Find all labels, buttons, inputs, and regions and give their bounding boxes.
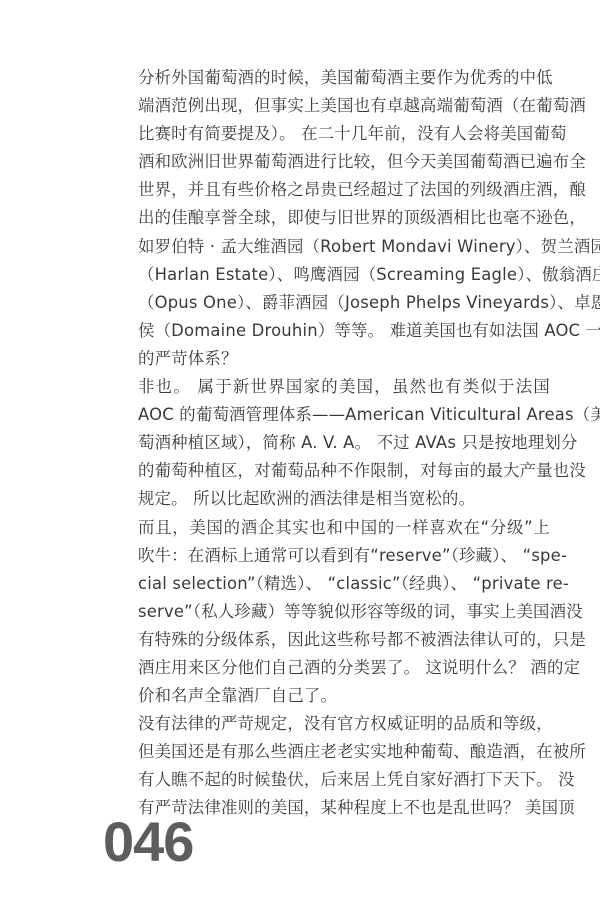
text-line: 出的佳酿享誉全球，即使与旧世界的顶级酒相比也毫不逊色， [105, 204, 550, 232]
text-line: AOC 的葡萄酒管理体系——American Viticultural Area… [105, 401, 550, 429]
text-line: 的葡萄种植区，对葡萄品种不作限制，对每亩的最大产量也没 [105, 457, 550, 485]
paragraph-2: 非也。 属于新世界国家的美国，虽然也有类似于法国 AOC 的葡萄酒管理体系——A… [105, 373, 550, 513]
text-line: 侯（Domaine Drouhin）等等。 难道美国也有如法国 AOC 一样 [105, 317, 550, 345]
text-line: 规定。 所以比起欧洲的酒法律是相当宽松的。 [105, 485, 550, 513]
text-line: cial selection”（精选）、 “classic”（经典）、 “pri… [105, 570, 550, 598]
text-line: 萄酒种植区域），简称 A. V. A。 不过 AVAs 只是按地理划分 [105, 429, 550, 457]
text-line: （Opus One）、爵菲酒园（Joseph Phelps Vineyards）… [105, 289, 550, 317]
text-line: 酒庄用来区分他们自己酒的分类罢了。 这说明什么？ 酒的定 [105, 654, 550, 682]
text-line: 端酒范例出现，但事实上美国也有卓越高端葡萄酒（在葡萄酒 [105, 92, 550, 120]
text-line: 有特殊的分级体系，因此这些称号都不被酒法律认可的，只是 [105, 626, 550, 654]
text-line: 但美国还是有那么些酒庄老老实实地种葡萄、酿造酒，在被所 [105, 738, 550, 766]
text-line: 的严苛体系？ [105, 345, 550, 373]
page-body: 分析外国葡萄酒的时候，美国葡萄酒主要作为优秀的中低 端酒范例出现，但事实上美国也… [105, 64, 550, 823]
text-line: serve”（私人珍藏）等等貌似形容等级的词，事实上美国酒没 [105, 598, 550, 626]
paragraph-3: 而且，美国的酒企其实也和中国的一样喜欢在“分级”上 吹牛：在酒标上通常可以看到有… [105, 514, 550, 711]
paragraph-1: 分析外国葡萄酒的时候，美国葡萄酒主要作为优秀的中低 端酒范例出现，但事实上美国也… [105, 64, 550, 373]
text-line: 吹牛：在酒标上通常可以看到有“reserve”（珍藏）、 “spe- [105, 542, 550, 570]
text-line: 如罗伯特 · 孟大维酒园（Robert Mondavi Winery）、贺兰酒园 [105, 233, 550, 261]
text-line: 世界，并且有些价格之昂贵已经超过了法国的列级酒庄酒，酿 [105, 176, 550, 204]
text-line: 分析外国葡萄酒的时候，美国葡萄酒主要作为优秀的中低 [105, 64, 550, 92]
text-line: 酒和欧洲旧世界葡萄酒进行比较，但今天美国葡萄酒已遍布全 [105, 148, 550, 176]
text-line: （Harlan Estate）、鸣鹰酒园（Screaming Eagle）、傲翁… [105, 261, 550, 289]
text-line: 有人瞧不起的时候蛰伏，后来居上凭自家好酒打下天下。 没 [105, 766, 550, 794]
text-line: 而且，美国的酒企其实也和中国的一样喜欢在“分级”上 [105, 514, 550, 542]
page-number: 046 [103, 812, 193, 872]
paragraph-4: 没有法律的严苛规定，没有官方权威证明的品质和等级， 但美国还是有那么些酒庄老老实… [105, 710, 550, 822]
text-line: 没有法律的严苛规定，没有官方权威证明的品质和等级， [105, 710, 550, 738]
text-line: 非也。 属于新世界国家的美国，虽然也有类似于法国 [105, 373, 550, 401]
text-line: 价和名声全靠酒厂自己了。 [105, 682, 550, 710]
text-line: 比赛时有简要提及）。 在二十几年前，没有人会将美国葡萄 [105, 120, 550, 148]
